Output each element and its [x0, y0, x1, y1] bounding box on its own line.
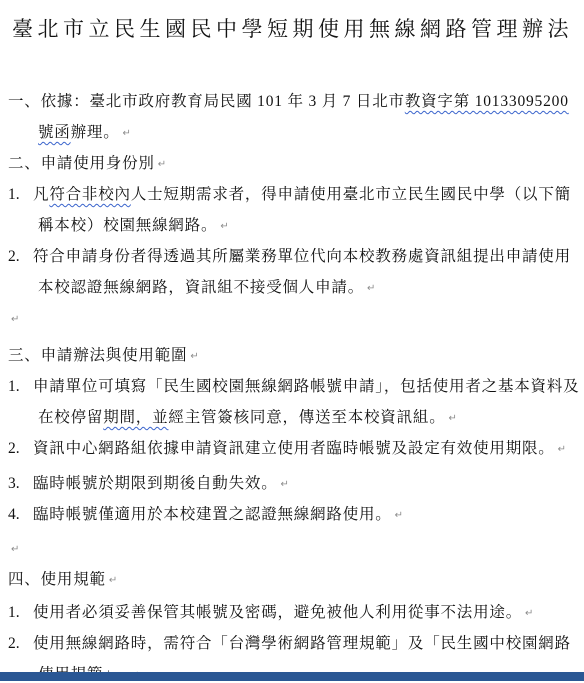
- list-number: 2.: [8, 241, 33, 272]
- text-run: 使用者必須妥善保管其帳號及密碼，避免被他人利用從事不法用途。: [33, 604, 522, 621]
- section-2-item-2-line-1: 2.符合申請身份者得透過其所屬業務單位代向本校教務處資訊組提出申請使用: [0, 241, 584, 272]
- text-run: 經主管簽核同意，傳送至本校資訊組。: [168, 409, 445, 426]
- text-run: 人士短期需求者，得申請使用臺北市立民生國民中學（以下簡: [131, 186, 571, 203]
- text-run: 本校認證無線網路，資訊組不接受個人申請。: [38, 279, 364, 296]
- section-2-item-1-line-2: 稱本校）校園無線網路。↵: [0, 210, 584, 241]
- list-number: 3.: [8, 468, 33, 499]
- list-number: 1.: [8, 179, 33, 210]
- empty-paragraph: ↵: [0, 533, 584, 564]
- text-run: 稱本校）校園無線網路。: [38, 217, 217, 234]
- paragraph-mark: ↵: [395, 510, 403, 521]
- paragraph-mark: ↵: [11, 314, 19, 325]
- section-2-item-2-line-2: 本校認證無線網路，資訊組不接受個人申請。↵: [0, 272, 584, 303]
- section-3-heading: 三、申請辦法與使用範圍↵: [0, 340, 584, 371]
- list-number: 4.: [8, 499, 33, 530]
- document-page: 臺北市立民生國民中學短期使用無線網路管理辦法 一、依據：臺北市政府教育局民國 1…: [0, 0, 584, 683]
- paragraph-mark: ↵: [109, 575, 117, 586]
- section-3-item-4-line-1: 4.臨時帳號僅適用於本校建置之認證無線網路使用。↵: [0, 499, 584, 530]
- paragraph-mark: ↵: [220, 221, 228, 232]
- section-3-item-1-line-2: 在校停留期間，並經主管簽核同意，傳送至本校資訊組。↵: [0, 402, 584, 433]
- footer-divider-bar: [0, 672, 584, 681]
- document-title: 臺北市立民生國民中學短期使用無線網路管理辦法: [12, 14, 584, 44]
- paragraph-mark: ↵: [123, 128, 131, 139]
- text-run: 申請單位可填寫「民生國校園無線網路帳號申請」，包括使用者之基本資料及: [33, 378, 579, 395]
- section-2-item-1-line-1: 1.凡符合非校內人士短期需求者，得申請使用臺北市立民生國民中學（以下簡: [0, 179, 584, 210]
- text-run: 一、依據：臺北市政府教育局民國 101 年 3 月 7 日北市: [8, 93, 405, 110]
- empty-paragraph: ↵: [0, 303, 584, 334]
- clause-1-line-2: 號函辦理。↵: [0, 117, 584, 148]
- spellcheck-flagged-text: 號函: [38, 124, 71, 141]
- heading-text: 四、使用規範: [8, 571, 106, 588]
- heading-text: 二、申請使用身份別: [8, 155, 155, 172]
- text-run: 資訊中心網路組依據申請資訊建立使用者臨時帳號及設定有效使用期限。: [33, 440, 555, 457]
- section-3-item-2-line-1: 2.資訊中心網路組依據申請資訊建立使用者臨時帳號及設定有效使用期限。↵: [0, 433, 584, 464]
- text-run: 臨時帳號僅適用於本校建置之認證無線網路使用。: [33, 506, 392, 523]
- text-run: 臨時帳號於期限到期後自動失效。: [33, 475, 278, 492]
- spellcheck-flagged-text: 期間，並: [103, 409, 168, 426]
- section-4-item-1-line-1: 1.使用者必須妥善保管其帳號及密碼，避免被他人利用從事不法用途。↵: [0, 597, 584, 628]
- paragraph-mark: ↵: [367, 283, 375, 294]
- section-4-heading: 四、使用規範↵: [0, 564, 584, 595]
- paragraph-mark: ↵: [449, 413, 457, 424]
- text-run: 使用無線網路時，需符合「台灣學術網路管理規範」及「民生國中校園網路: [33, 635, 571, 652]
- list-number: 2.: [8, 628, 33, 659]
- paragraph-mark: ↵: [558, 444, 566, 455]
- paragraph-mark: ↵: [158, 159, 166, 170]
- paragraph-mark: ↵: [190, 351, 198, 362]
- text-run: 凡: [33, 186, 49, 203]
- text-run: 符合申請身份者得透過其所屬業務單位代向本校教務處資訊組提出申請使用: [33, 248, 571, 265]
- section-4-item-2-line-1: 2.使用無線網路時，需符合「台灣學術網路管理規範」及「民生國中校園網路: [0, 628, 584, 659]
- section-2-heading: 二、申請使用身份別↵: [0, 148, 584, 179]
- list-number: 1.: [8, 597, 33, 628]
- section-3-item-3-line-1: 3.臨時帳號於期限到期後自動失效。↵: [0, 468, 584, 499]
- clause-1-line-1: 一、依據：臺北市政府教育局民國 101 年 3 月 7 日北市教資字第 1013…: [0, 86, 584, 117]
- text-run: 在校停留: [38, 409, 103, 426]
- section-3-item-1-line-1: 1.申請單位可填寫「民生國校園無線網路帳號申請」，包括使用者之基本資料及: [0, 371, 584, 402]
- list-number: 1.: [8, 371, 33, 402]
- text-run: 辦理。: [71, 124, 120, 141]
- spellcheck-flagged-text: 教資字第 10133095200: [405, 93, 569, 110]
- spellcheck-flagged-text: 符合非校內: [49, 186, 131, 203]
- paragraph-mark: ↵: [281, 479, 289, 490]
- list-number: 2.: [8, 433, 33, 464]
- paragraph-mark: ↵: [11, 544, 19, 555]
- paragraph-mark: ↵: [525, 608, 533, 619]
- heading-text: 三、申請辦法與使用範圍: [8, 347, 187, 364]
